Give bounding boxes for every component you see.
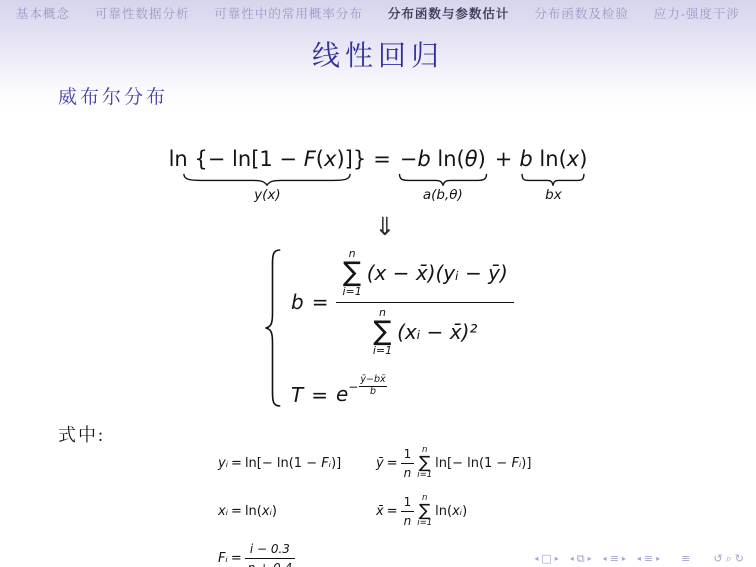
one-over-n-fraction: 1n — [401, 447, 415, 480]
subsection-nav-group: ◂ ≡ ▸ — [603, 553, 626, 564]
Fi-fraction: i − 0.3n + 0.4 — [245, 542, 295, 567]
prev-frame-icon[interactable]: ◂ — [570, 555, 574, 563]
def-xbar: x̄= 1n n∑i=1 ln(xᵢ) — [376, 494, 531, 529]
underbrace-label-yx: y(x) — [254, 187, 281, 204]
frame-icon[interactable]: ⧉ — [577, 553, 585, 564]
nav-item-basic-concepts[interactable]: 基本概念 — [16, 4, 70, 22]
nav-item-reliability-data-analysis[interactable]: 可靠性数据分析 — [95, 4, 190, 22]
subsection-icon[interactable]: ≡ — [610, 553, 619, 564]
section-nav: 基本概念 可靠性数据分析 可靠性中的常用概率分布 分布函数与参数估计 分布函数及… — [0, 4, 756, 22]
sum-icon: n∑i=1 — [342, 248, 361, 298]
appendix-icon[interactable]: ≡ — [681, 553, 690, 564]
formula-term1-group: −b ln(θ) a(b,θ) — [398, 146, 488, 204]
equals-sign: = — [373, 146, 391, 172]
where-definitions: yᵢ= ln[− ln(1 − Fᵢ)] ȳ= 1n n∑i=1 ln[− ln… — [218, 446, 531, 567]
sum-icon: n∑i=1 — [373, 307, 392, 357]
next-slide-icon[interactable]: ▸ — [555, 555, 559, 563]
underbrace-icon — [521, 173, 585, 186]
underbrace-icon — [398, 173, 488, 186]
history-nav-group: ↺ ⌕ ↻ — [713, 553, 744, 564]
section-icon[interactable]: ≡ — [644, 553, 653, 564]
def-ybar: ȳ= 1n n∑i=1 ln[− ln(1 − Fᵢ)] — [376, 446, 531, 481]
underbrace-label-bx: bx — [545, 187, 562, 204]
prev-subsection-icon[interactable]: ◂ — [603, 555, 607, 563]
left-curly-brace-icon — [263, 248, 282, 408]
underbrace-label-abtheta: a(b,θ) — [423, 187, 463, 204]
slide-icon[interactable]: □ — [541, 553, 551, 564]
equation-system-rows: b= n∑i=1 (x − x̄)(yᵢ − ȳ) n∑i=1 (xᵢ − x̄… — [291, 248, 514, 408]
nav-item-stress-strength-interference[interactable]: 应力-强度干涉 — [654, 4, 740, 22]
formula-term2: b ln(x) — [519, 146, 587, 172]
implies-down-arrow-icon: ⇓ — [14, 212, 756, 241]
def-yi: yᵢ= ln[− ln(1 − Fᵢ)] — [218, 456, 376, 471]
section-nav-group: ◂ ≡ ▸ — [637, 553, 660, 564]
slide-nav-group: ◂ □ ▸ — [534, 553, 558, 564]
formula-term2-group: b ln(x) bx — [519, 146, 587, 204]
T-equation: T= e−ȳ−bx̄b — [291, 382, 514, 408]
next-frame-icon[interactable]: ▸ — [588, 555, 592, 563]
next-subsection-icon[interactable]: ▸ — [622, 555, 626, 563]
prev-slide-icon[interactable]: ◂ — [534, 555, 538, 563]
nav-item-common-probability-distributions[interactable]: 可靠性中的常用概率分布 — [214, 4, 363, 22]
def-xi: xᵢ= ln(xᵢ) — [218, 504, 376, 519]
nav-item-distribution-tests[interactable]: 分布函数及检验 — [534, 4, 629, 22]
nav-item-distribution-parameter-estimation[interactable]: 分布函数与参数估计 — [388, 4, 510, 22]
next-section-icon[interactable]: ▸ — [656, 555, 660, 563]
b-equation: b= n∑i=1 (x − x̄)(yᵢ − ȳ) n∑i=1 (xᵢ − x̄… — [291, 248, 514, 357]
T-exponent: −ȳ−bx̄b — [348, 375, 386, 398]
def-Fi: Fᵢ= i − 0.3n + 0.4 — [218, 542, 376, 567]
formula-lhs-group: ln {− ln[1 − F(x)]} y(x) — [169, 146, 367, 204]
b-fraction: n∑i=1 (x − x̄)(yᵢ − ȳ) n∑i=1 (xᵢ − x̄)² — [336, 248, 513, 357]
formula-lhs: ln {− ln[1 − F(x)]} — [169, 146, 367, 172]
equation-system: b= n∑i=1 (x − x̄)(yᵢ − ȳ) n∑i=1 (xᵢ − x̄… — [263, 248, 514, 408]
sum-icon: n∑i=1 — [417, 494, 432, 529]
formula-term1: −b ln(θ) — [400, 146, 486, 172]
forward-icon[interactable]: ↻ — [735, 553, 744, 564]
b-denominator: n∑i=1 (xᵢ − x̄)² — [367, 303, 484, 357]
sum-icon: n∑i=1 — [417, 446, 432, 481]
b-numerator: n∑i=1 (x − x̄)(yᵢ − ȳ) — [336, 248, 513, 302]
back-icon[interactable]: ↺ — [713, 553, 722, 564]
main-formula: ln {− ln[1 − F(x)]} y(x) = −b ln(θ) a(b,… — [0, 146, 756, 204]
plus-sign: + — [495, 146, 513, 172]
underbrace-icon — [181, 173, 353, 186]
beamer-nav-symbols: ◂ □ ▸ ◂ ⧉ ▸ ◂ ≡ ▸ ◂ ≡ ▸ ≡ ↺ ⌕ ↻ — [534, 553, 744, 564]
find-icon[interactable]: ⌕ — [726, 553, 732, 564]
block-title-weibull: 威布尔分布 — [58, 82, 168, 109]
slide-title: 线性回归 — [0, 34, 756, 74]
where-label: 式中: — [58, 421, 105, 447]
frame-nav-group: ◂ ⧉ ▸ — [570, 553, 592, 564]
prev-section-icon[interactable]: ◂ — [637, 555, 641, 563]
one-over-n-fraction: 1n — [401, 495, 415, 528]
beamer-slide: 基本概念 可靠性数据分析 可靠性中的常用概率分布 分布函数与参数估计 分布函数及… — [0, 0, 756, 567]
